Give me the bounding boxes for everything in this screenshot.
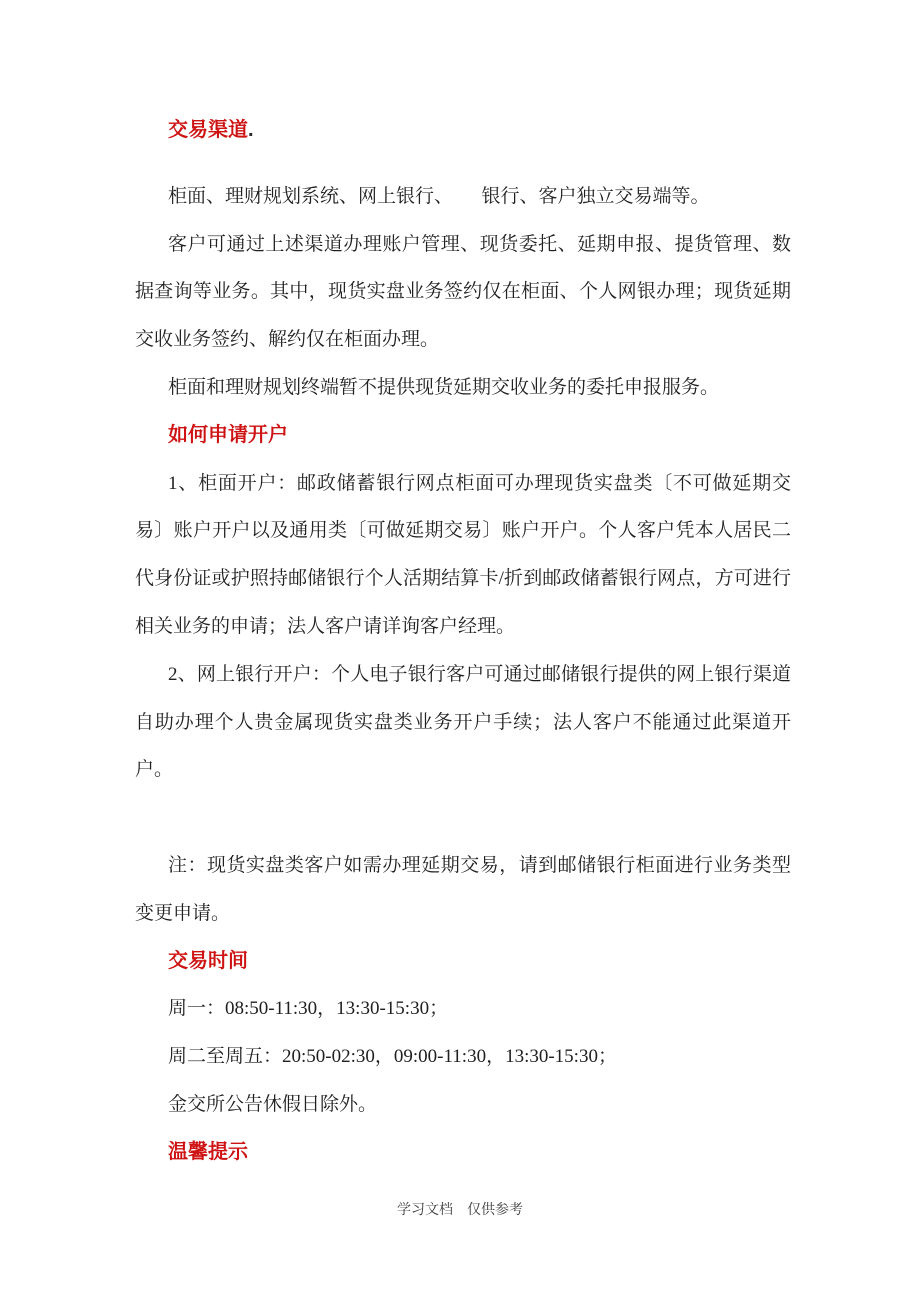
paragraph-channel-list: 柜面、理财规划系统、网上银行、 银行、客户独立交易端等。 xyxy=(135,173,791,221)
heading-text: 交易渠道 xyxy=(168,119,248,141)
blank-line xyxy=(135,794,791,842)
heading-period: . xyxy=(248,119,254,141)
paragraph-counter-terminal-note: 柜面和理财规划终端暂不提供现货延期交收业务的委托申报服务。 xyxy=(135,364,791,412)
section-heading-warm-tips: 温馨提示 xyxy=(135,1129,791,1177)
paragraph-counter-account-opening: 1、柜面开户：邮政储蓄银行网点柜面可办理现货实盘类〔不可做延期交易〕账户开户以及… xyxy=(135,460,791,651)
section-heading-how-to-open-account: 如何申请开户 xyxy=(135,412,791,460)
section-heading-trade-channels: 交易渠道. xyxy=(135,107,791,155)
document-body: 交易渠道. 柜面、理财规划系统、网上银行、 银行、客户独立交易端等。 客户可通过… xyxy=(135,107,791,1177)
paragraph-channel-services: 客户可通过上述渠道办理账户管理、现货委托、延期申报、提货管理、数据查询等业务。其… xyxy=(135,221,791,364)
document-page: 交易渠道. 柜面、理财规划系统、网上银行、 银行、客户独立交易端等。 客户可通过… xyxy=(0,0,920,1302)
page-footer-note: 学习文档 仅供参考 xyxy=(0,1201,920,1221)
paragraph-tuesday-friday-hours: 周二至周五：20:50-02:30，09:00-11:30，13:30-15:3… xyxy=(135,1033,791,1081)
paragraph-monday-hours: 周一：08:50-11:30，13:30-15:30； xyxy=(135,985,791,1033)
paragraph-deferred-trading-note: 注：现货实盘类客户如需办理延期交易，请到邮储银行柜面进行业务类型变更申请。 xyxy=(135,842,791,938)
section-heading-trading-hours: 交易时间 xyxy=(135,938,791,986)
paragraph-online-banking-account-opening: 2、网上银行开户：个人电子银行客户可通过邮储银行提供的网上银行渠道自助办理个人贵… xyxy=(135,651,791,794)
paragraph-holiday-exception: 金交所公告休假日除外。 xyxy=(135,1081,791,1129)
